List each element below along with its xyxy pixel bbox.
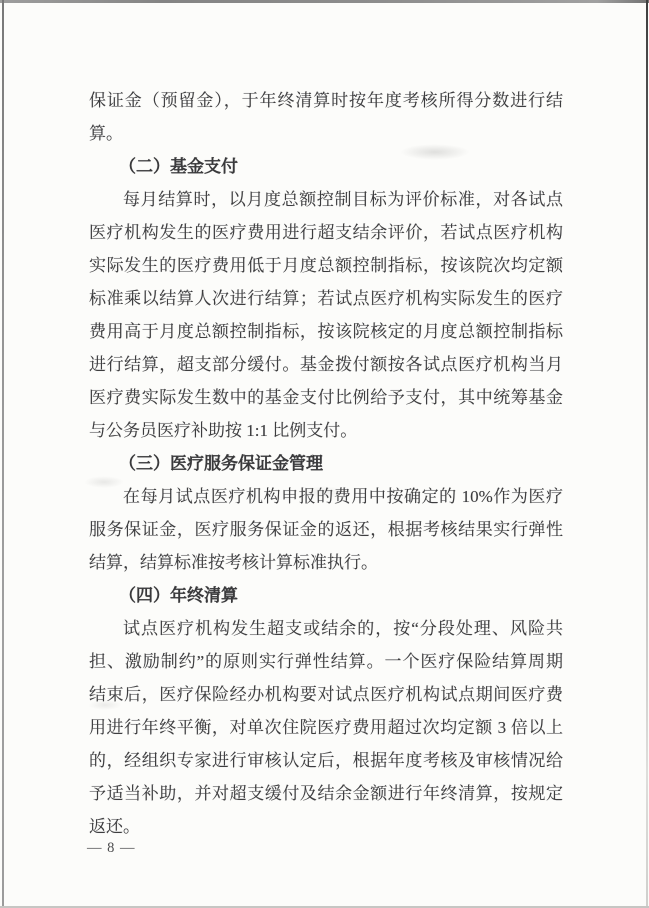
section-heading: （四）年终清算: [89, 579, 563, 612]
section-heading: （二）基金支付: [89, 150, 563, 183]
page-number: — 8 —: [87, 838, 136, 858]
text-line: 返还。: [89, 810, 563, 843]
document-text: 保证金（预留金），于年终清算时按年度考核所得分数进行结算。（二）基金支付每月结算…: [89, 84, 563, 843]
paragraph: 在每月试点医疗机构申报的费用中按确定的 10%作为医疗服务保证金，医疗服务保证金…: [89, 480, 563, 579]
text-line: 结算，结算标准按考核计算标准执行。: [89, 546, 563, 579]
text-line: 在每月试点医疗机构申报的费用中按确定的 10%作为医疗: [89, 480, 563, 513]
text-line: 服务保证金，医疗服务保证金的返还，根据考核结果实行弹性: [89, 513, 563, 546]
scan-edge-left: [2, 0, 4, 908]
text-line: 算。: [89, 117, 563, 150]
text-line: 医疗费实际发生数中的基金支付比例给予支付，其中统筹基金: [89, 381, 563, 414]
scan-edge-right: [646, 0, 648, 908]
text-line: 实际发生的医疗费用低于月度总额控制指标，按该院次均定额: [89, 249, 563, 282]
paragraph: 每月结算时，以月度总额控制目标为评价标准，对各试点医疗机构发生的医疗费用进行超支…: [89, 183, 563, 447]
text-line: 费用高于月度总额控制指标，按该院核定的月度总额控制指标: [89, 315, 563, 348]
scan-edge-top: [0, 0, 649, 3]
text-line: 进行结算，超支部分缓付。基金拨付额按各试点医疗机构当月: [89, 348, 563, 381]
paragraph: 保证金（预留金），于年终清算时按年度考核所得分数进行结算。: [89, 84, 563, 150]
text-line: 标准乘以结算人次进行结算；若试点医疗机构实际发生的医疗: [89, 282, 563, 315]
paragraph: 试点医疗机构发生超支或结余的，按“分段处理、风险共担、激励制约”的原则实行弹性结…: [89, 612, 563, 843]
text-line: 担、激励制约”的原则实行弹性结算。一个医疗保险结算周期: [89, 645, 563, 678]
text-line: 与公务员医疗补助按 1:1 比例支付。: [89, 414, 563, 447]
text-line: 予适当补助，并对超支缓付及结余金额进行年终清算，按规定: [89, 777, 563, 810]
text-line: 的，经组织专家进行审核认定后，根据年度考核及审核情况给: [89, 744, 563, 777]
text-line: 结束后，医疗保险经办机构要对试点医疗机构试点期间医疗费: [89, 678, 563, 711]
text-line: 每月结算时，以月度总额控制目标为评价标准，对各试点: [89, 183, 563, 216]
text-line: 医疗机构发生的医疗费用进行超支结余评价，若试点医疗机构: [89, 216, 563, 249]
document-page: 保证金（预留金），于年终清算时按年度考核所得分数进行结算。（二）基金支付每月结算…: [0, 0, 649, 908]
text-line: 试点医疗机构发生超支或结余的，按“分段处理、风险共: [89, 612, 563, 645]
text-line: 用进行年终平衡，对单次住院医疗费用超过次均定额 3 倍以上: [89, 711, 563, 744]
text-line: 保证金（预留金），于年终清算时按年度考核所得分数进行结: [89, 84, 563, 117]
section-heading: （三）医疗服务保证金管理: [89, 447, 563, 480]
